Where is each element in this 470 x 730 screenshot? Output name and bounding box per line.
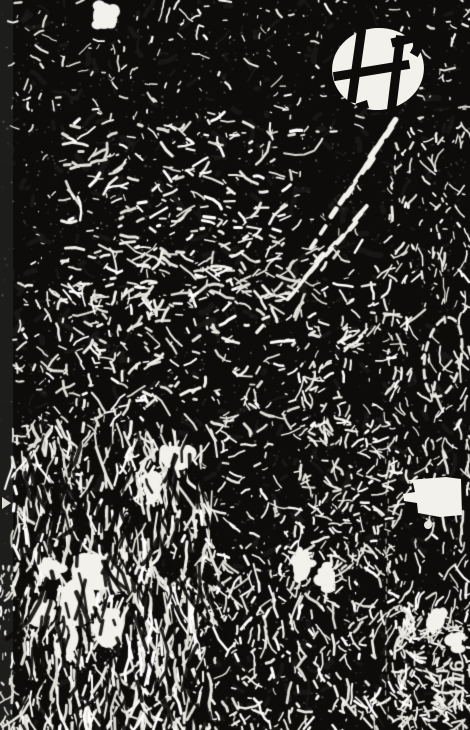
white-block-mark — [395, 468, 470, 538]
photocopy-artwork: 116 — [0, 0, 470, 730]
h-circle-logo-icon — [325, 22, 430, 122]
catalog-number: 116 — [446, 658, 470, 698]
spine-arrow-icon — [2, 497, 11, 509]
